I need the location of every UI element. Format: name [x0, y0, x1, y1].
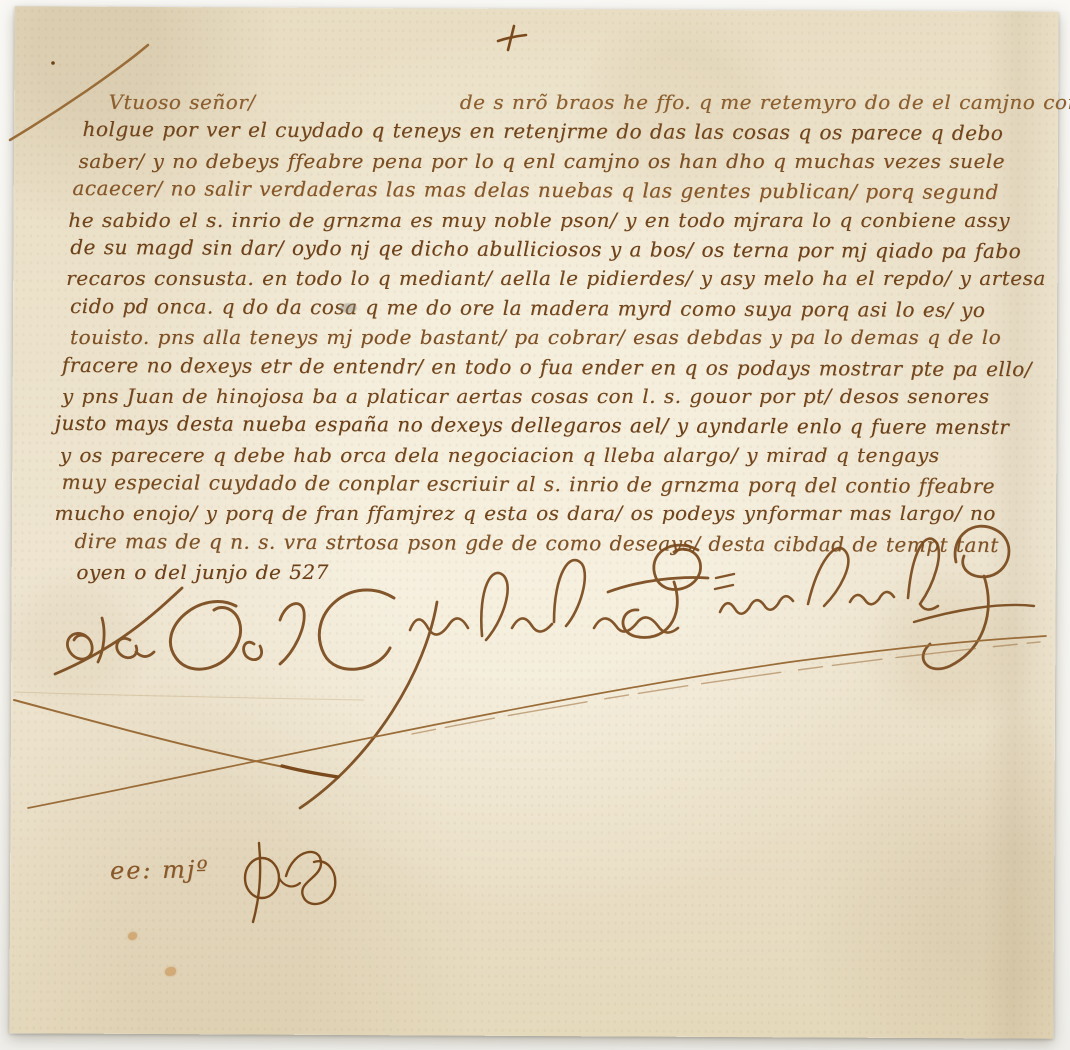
ink-artwork — [0, 0, 1070, 1050]
rubric-paraph-icon — [245, 843, 335, 922]
signature-flourish — [55, 526, 1034, 808]
invocation-cross-icon — [498, 26, 526, 50]
corner-pen-stroke — [10, 45, 148, 140]
underline-flourishes — [14, 636, 1046, 808]
